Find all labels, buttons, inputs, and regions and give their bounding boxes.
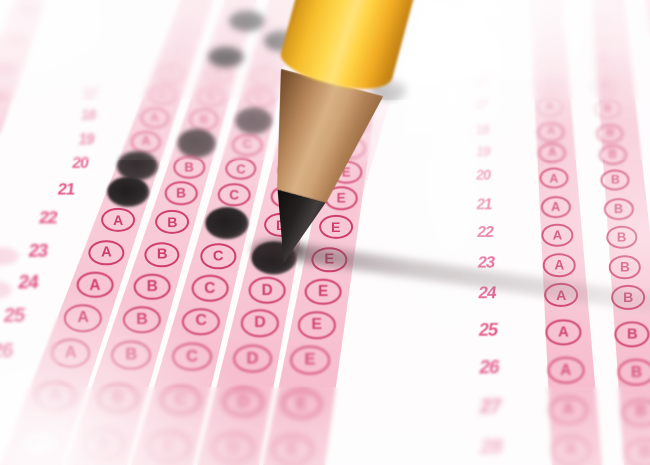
- answer-bubble-a: A: [541, 196, 571, 218]
- answer-bubble-b: B: [615, 322, 650, 347]
- answer-bubble-d: D: [241, 310, 279, 338]
- answer-bubble-c: C: [225, 158, 256, 181]
- answer-bubble-b: B: [609, 255, 642, 278]
- answer-bubble-b: B: [145, 242, 180, 267]
- answer-bubble-d: D: [233, 344, 273, 373]
- answer-bubble-a: A: [64, 304, 102, 332]
- answer-bubble-b: B: [606, 226, 637, 249]
- question-number: 21: [57, 182, 76, 199]
- question-number: 22: [476, 225, 494, 241]
- filled-bubble-mark: [107, 177, 149, 207]
- answer-bubble-a: A: [539, 168, 568, 189]
- question-number: 21: [476, 197, 493, 212]
- answer-bubble-c: C: [182, 308, 220, 336]
- answer-bubble-b: B: [156, 210, 190, 234]
- answer-bubble-c: C: [172, 342, 212, 371]
- answer-bubble-c: C: [191, 275, 228, 301]
- question-number: 20: [475, 169, 491, 184]
- answer-bubble-b: B: [123, 306, 161, 334]
- answer-bubble-a: A: [547, 357, 584, 383]
- filled-bubble-mark: [205, 208, 248, 240]
- blur-band-bottom: [0, 387, 650, 465]
- answer-bubble-a: A: [101, 208, 135, 232]
- answer-bubble-e: E: [290, 346, 330, 375]
- answer-bubble-b: B: [134, 274, 171, 300]
- answer-bubble-e: E: [298, 311, 336, 339]
- answer-bubble-b: B: [111, 341, 151, 370]
- answer-bubble-a: A: [77, 272, 114, 298]
- answer-bubble-a: A: [546, 320, 581, 345]
- answer-bubble-e: E: [319, 214, 353, 238]
- answer-bubble-b: B: [165, 182, 198, 205]
- pencil-cast-shadow: [291, 243, 650, 314]
- question-number: 25: [478, 321, 499, 339]
- answer-bubble-a: A: [543, 253, 576, 276]
- answer-bubble-b: B: [601, 170, 630, 191]
- answer-sheet-photo: ABCDEABCDEABCDEABCDE17ABCDE18ABDE19ACDE2…: [0, 0, 650, 465]
- blur-band-left: [0, 0, 58, 465]
- answer-bubble-c: C: [218, 183, 251, 206]
- answer-bubble-b: B: [603, 198, 633, 220]
- answer-bubble-a: A: [542, 224, 573, 247]
- answer-bubble-d: D: [249, 277, 286, 303]
- answer-bubble-b: B: [618, 359, 650, 385]
- answer-bubble-e: E: [305, 279, 342, 305]
- answer-bubble-c: C: [201, 244, 236, 269]
- answer-bubble-a: A: [89, 240, 124, 265]
- question-number: 26: [478, 359, 500, 378]
